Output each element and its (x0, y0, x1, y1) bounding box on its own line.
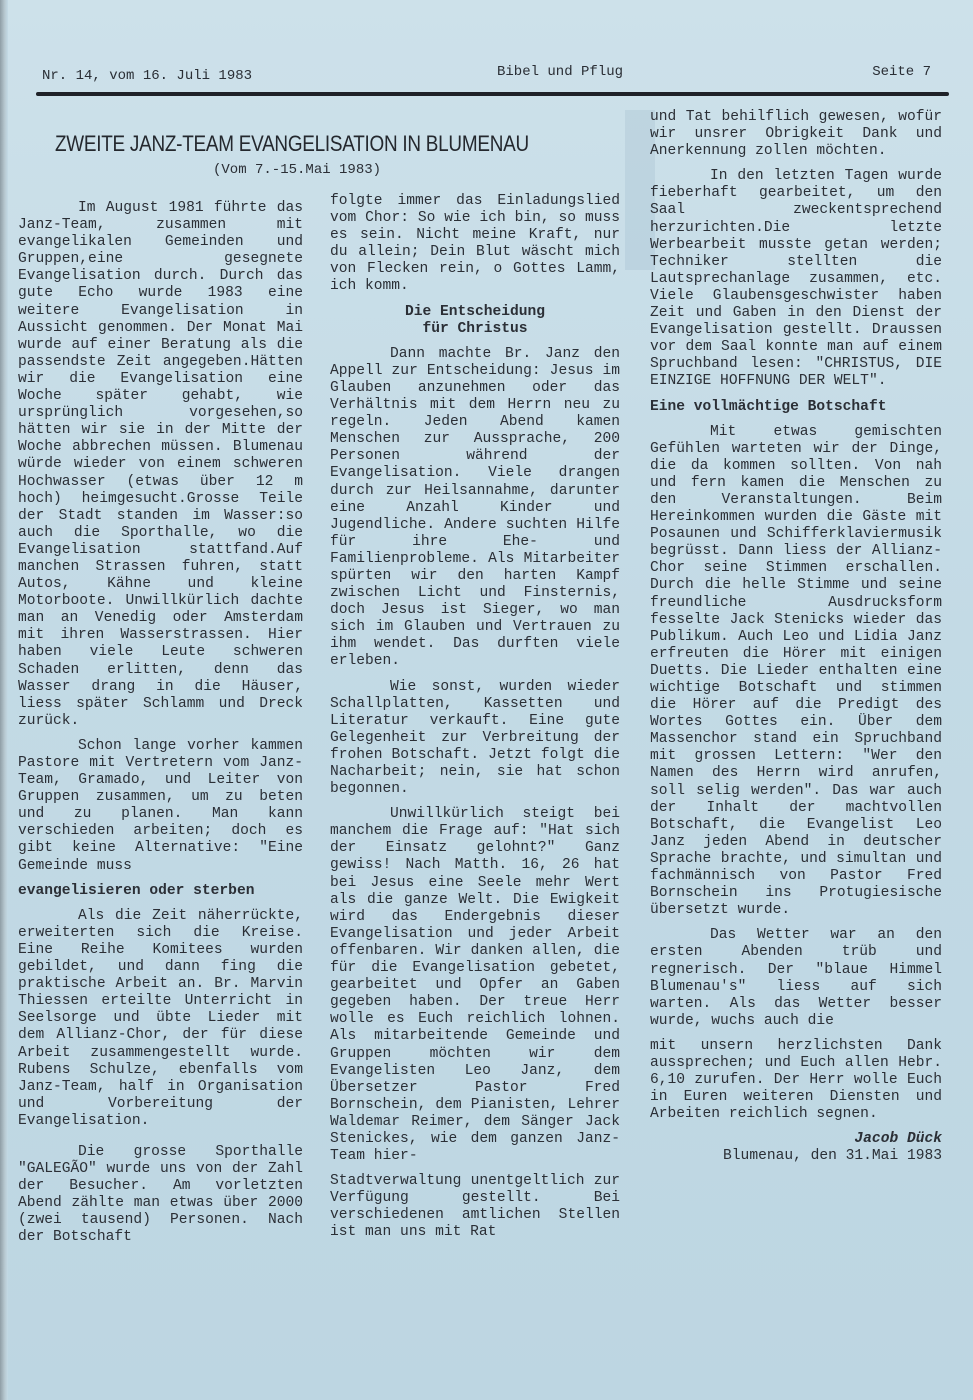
paragraph: Wie sonst, wurden wieder Schallplatten, … (330, 679, 620, 799)
section-heading-line: für Christus (330, 321, 620, 338)
header-divider (36, 92, 949, 96)
signature-block: Jacob Dück Blumenau, den 31.Mai 1983 (650, 1131, 942, 1165)
issue-number: Nr. 14, vom 16. Juli 1983 (42, 68, 252, 84)
article-subtitle: (Vom 7.-15.Mai 1983) (213, 162, 381, 178)
article-title: ZWEITE JANZ-TEAM EVANGELISATION IN BLUME… (55, 131, 529, 157)
paragraph: Stadtverwaltung unentgeltlich zur Verfüg… (330, 1173, 620, 1241)
place-date: Blumenau, den 31.Mai 1983 (650, 1148, 942, 1165)
section-heading-line: Die Entscheidung (330, 304, 620, 321)
section-heading: evangelisieren oder sterben (18, 883, 303, 900)
paragraph: folgte immer das Einladungslied vom Chor… (330, 193, 620, 296)
paragraph: Die grosse Sporthalle "GALEGÃO" wurde un… (18, 1144, 303, 1247)
paragraph: Im August 1981 führte das Janz-Team, zus… (18, 200, 303, 730)
paragraph: Unwillkürlich steigt bei manchem die Fra… (330, 806, 620, 1165)
author-name: Jacob Dück (650, 1131, 942, 1148)
paragraph: und Tat behilflich gewesen, wofür wir un… (650, 109, 942, 160)
column-2: folgte immer das Einladungslied vom Chor… (330, 193, 620, 1250)
paragraph: Das Wetter war an den ersten Abenden trü… (650, 927, 942, 1030)
section-heading: Eine vollmächtige Botschaft (650, 399, 942, 416)
paragraph: Schon lange vorher kammen Pastore mit Ve… (18, 738, 303, 875)
section-heading: Die Entscheidung für Christus (330, 304, 620, 338)
paragraph: Als die Zeit näherrückte, erweiterten si… (18, 908, 303, 1130)
page-number: Seite 7 (872, 64, 931, 80)
column-3: und Tat behilflich gewesen, wofür wir un… (650, 109, 942, 1166)
publication-name: Bibel und Pflug (497, 64, 623, 80)
book-binding-edge (0, 0, 8, 1400)
paragraph: Mit etwas gemischten Gefühlen warteten w… (650, 424, 942, 920)
paragraph: In den letzten Tagen wurde fieberhaft ge… (650, 168, 942, 390)
paragraph: Dann machte Br. Janz den Appell zur Ents… (330, 346, 620, 671)
column-1: Im August 1981 führte das Janz-Team, zus… (18, 200, 303, 1255)
page-header: Nr. 14, vom 16. Juli 1983 Bibel und Pflu… (38, 62, 945, 92)
paragraph: mit unsern herzlichsten Dank aussprechen… (650, 1038, 942, 1123)
